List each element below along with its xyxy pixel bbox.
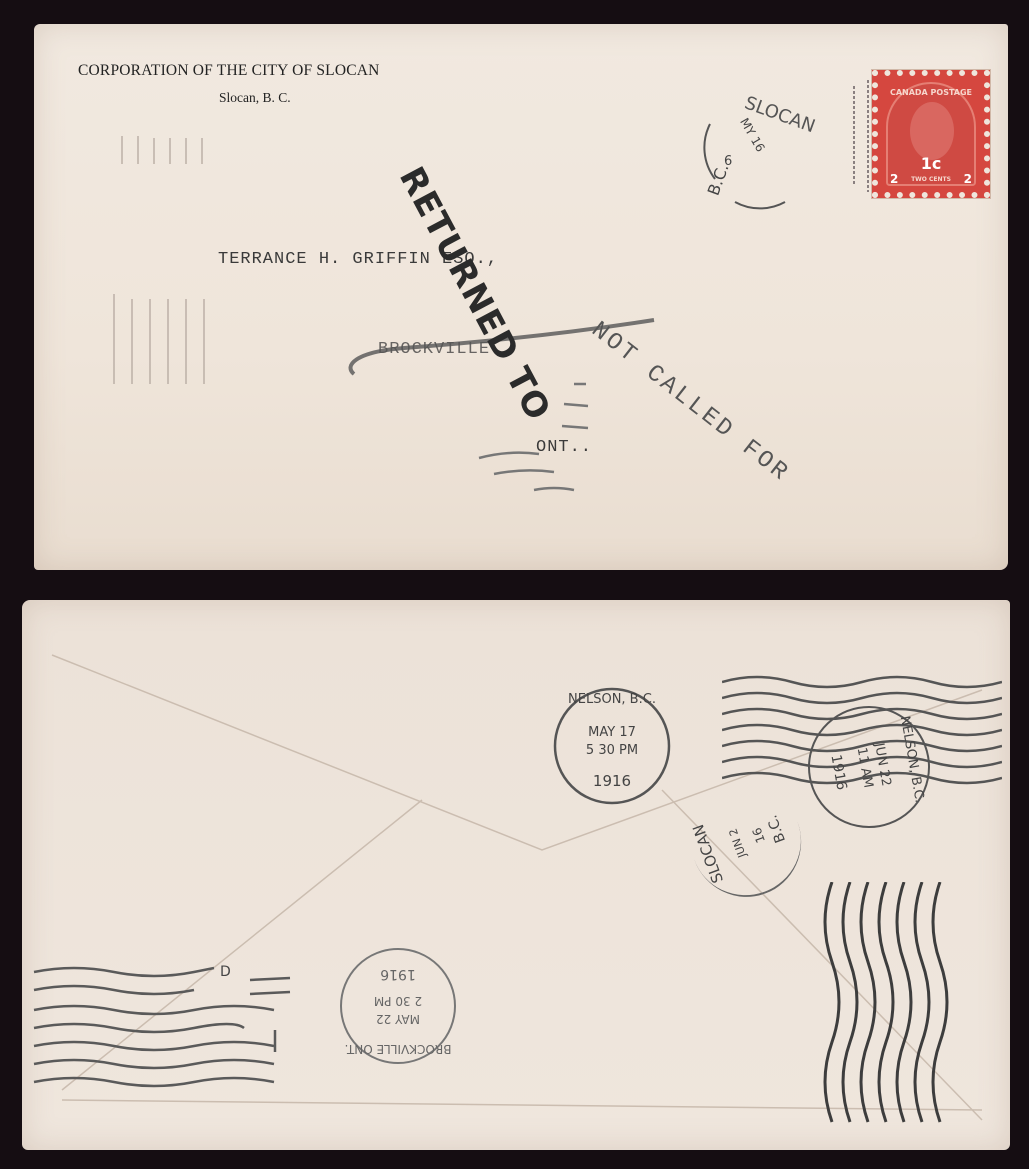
stamp-caption: TWO CENTS bbox=[888, 176, 974, 183]
brockville-postmark: BROCKVILLE ONT. MAY 22 2 30 PM 1916 bbox=[340, 948, 456, 1064]
postage-stamp: CANADA POSTAGE 1c TWO CENTS 2 2 bbox=[872, 70, 990, 198]
nelson-may-time: 5 30 PM bbox=[567, 743, 657, 758]
brockville-year: 1916 bbox=[342, 966, 454, 982]
cancel-bars bbox=[474, 374, 614, 504]
not-called-for-handstamp: NOT CALLED FOR bbox=[586, 317, 795, 488]
brockville-town: BROCKVILLE ONT. bbox=[342, 1042, 454, 1056]
brockville-date: MAY 22 bbox=[342, 1012, 454, 1026]
nelson-may-town: NELSON, B.C. bbox=[567, 692, 657, 707]
faint-cancel-lines bbox=[104, 124, 234, 524]
stamp-country: CANADA POSTAGE bbox=[888, 88, 974, 97]
nelson-may-year: 1916 bbox=[567, 772, 657, 790]
envelope-back: NELSON, B.C. MAY 17 5 30 PM 1916 NELSON,… bbox=[22, 600, 1010, 1150]
envelope-front: CORPORATION OF THE CITY OF SLOCAN Slocan… bbox=[34, 24, 1008, 570]
machine-cancel-mark: D bbox=[220, 964, 231, 980]
king-portrait bbox=[910, 102, 954, 160]
wavy-cancel-vertical bbox=[822, 882, 952, 1147]
stamp-value-right: 2 bbox=[964, 172, 972, 186]
nelson-may-date: MAY 17 bbox=[567, 725, 657, 740]
letterhead-location: Slocan, B. C. bbox=[219, 90, 291, 106]
stamp-value-left: 2 bbox=[890, 172, 898, 186]
wavy-cancel-bottom-left bbox=[30, 960, 310, 1100]
letterhead-org: CORPORATION OF THE CITY OF SLOCAN bbox=[78, 62, 380, 80]
brockville-time: 2 30 PM bbox=[342, 994, 454, 1008]
stamp-denomination: 1c bbox=[888, 154, 974, 173]
